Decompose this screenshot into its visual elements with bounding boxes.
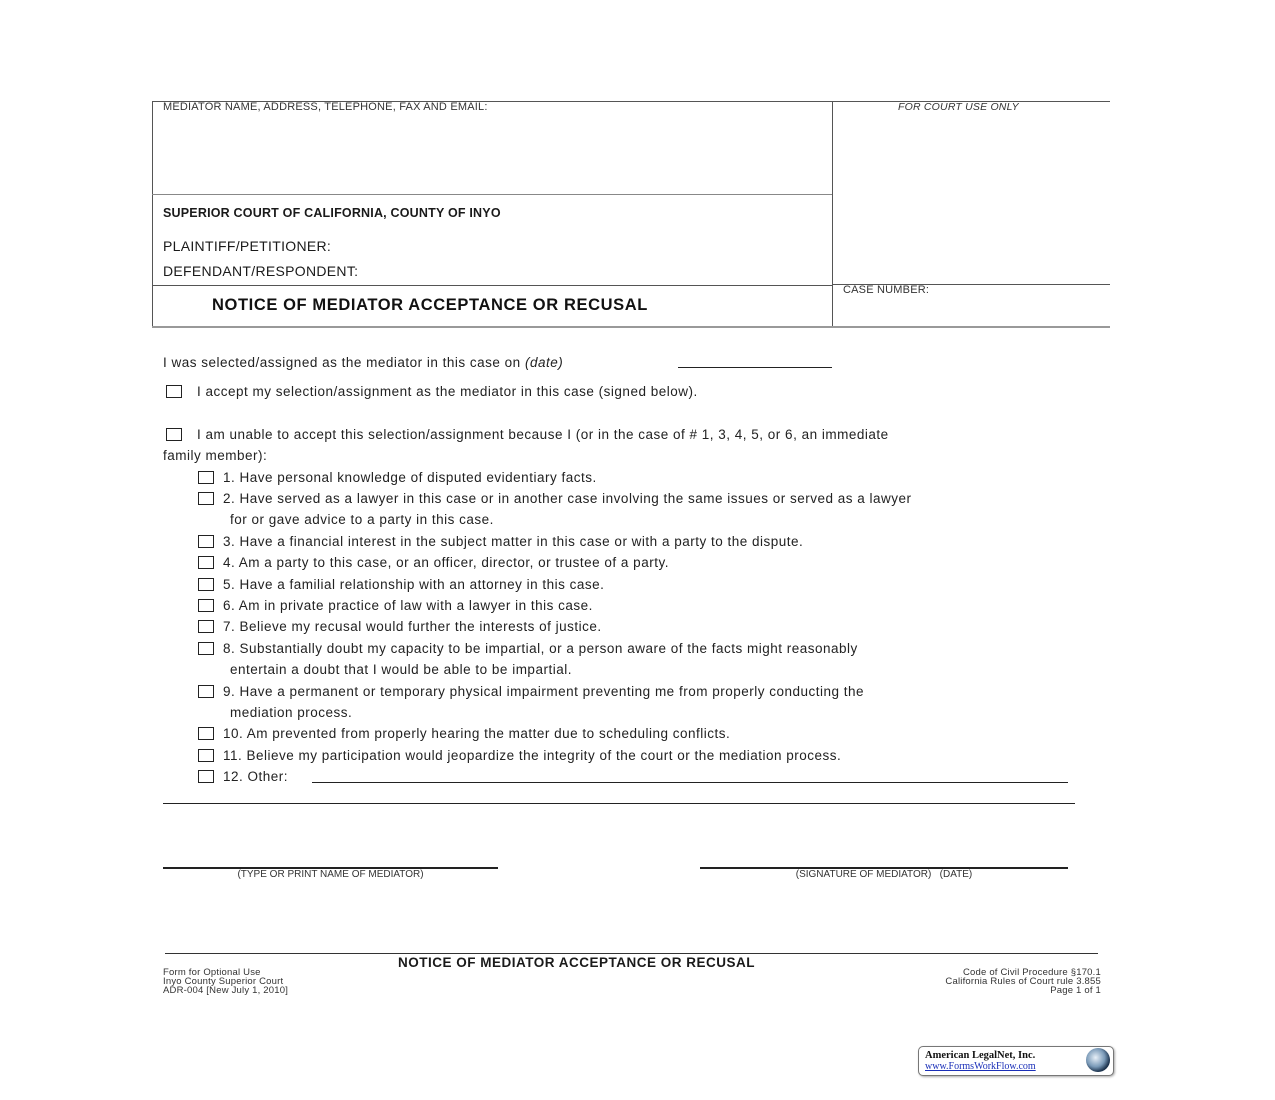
reason-3-checkbox[interactable] (198, 535, 214, 548)
website-link[interactable]: www.FormsWorkFlow.com (925, 1061, 1036, 1072)
unable-checkbox[interactable] (166, 428, 182, 441)
court-name: SUPERIOR COURT OF CALIFORNIA, COUNTY OF … (163, 206, 501, 220)
case-number-label: CASE NUMBER: (843, 284, 929, 296)
mediator-info-field[interactable] (156, 116, 828, 190)
accept-label: I accept my selection/assignment as the … (197, 384, 698, 399)
footer-title: NOTICE OF MEDIATOR ACCEPTANCE OR RECUSAL (398, 955, 755, 970)
date-label: (date) (525, 355, 563, 370)
reason-9-label-continued: mediation process. (230, 705, 352, 720)
divider (152, 101, 153, 327)
divider (152, 326, 1110, 328)
reason-11-checkbox[interactable] (198, 749, 214, 762)
page-number: Page 1 of 1 (945, 986, 1101, 995)
form-title: NOTICE OF MEDIATOR ACCEPTANCE OR RECUSAL (212, 296, 648, 315)
reason-9-checkbox[interactable] (198, 685, 214, 698)
reason-6-checkbox[interactable] (198, 599, 214, 612)
reason-4-checkbox[interactable] (198, 556, 214, 569)
reason-7-checkbox[interactable] (198, 620, 214, 633)
reason-2-label: 2. Have served as a lawyer in this case … (223, 491, 912, 506)
reason-12-label: 12. Other: (223, 769, 288, 784)
reason-3-label: 3. Have a financial interest in the subj… (223, 534, 803, 549)
plaintiff-field[interactable] (390, 236, 826, 254)
mediator-name-label: (TYPE OR PRINT NAME OF MEDIATOR) (163, 869, 498, 880)
selected-statement: I was selected/assigned as the mediator … (163, 355, 563, 370)
divider (832, 101, 833, 327)
company-name: American LegalNet, Inc. (925, 1050, 1035, 1061)
reason-6-label: 6. Am in private practice of law with a … (223, 598, 593, 613)
reason-8-label: 8. Substantially doubt my capacity to be… (223, 641, 858, 656)
american-legalnet-logo: American LegalNet, Inc. www.FormsWorkFlo… (918, 1046, 1114, 1076)
reason-10-checkbox[interactable] (198, 727, 214, 740)
defendant-label: DEFENDANT/RESPONDENT: (163, 263, 358, 279)
reason-1-label: 1. Have personal knowledge of disputed e… (223, 470, 597, 485)
footer-right: Code of Civil Procedure §170.1 Californi… (945, 968, 1101, 995)
reason-10-label: 10. Am prevented from properly hearing t… (223, 726, 730, 741)
other-reason-field[interactable] (312, 782, 1068, 783)
reason-8-checkbox[interactable] (198, 642, 214, 655)
reason-2-checkbox[interactable] (198, 492, 214, 505)
unable-label-line1: I am unable to accept this selection/ass… (197, 427, 889, 442)
other-reason-field-continued[interactable] (163, 803, 1075, 804)
mediator-info-label: MEDIATOR NAME, ADDRESS, TELEPHONE, FAX A… (163, 101, 488, 113)
defendant-field[interactable] (420, 261, 826, 279)
divider (152, 285, 832, 286)
reason-9-label: 9. Have a permanent or temporary physica… (223, 684, 864, 699)
globe-icon (1086, 1048, 1110, 1072)
selection-date-field[interactable] (678, 367, 832, 368)
accept-checkbox[interactable] (166, 385, 182, 398)
reason-5-label: 5. Have a familial relationship with an … (223, 577, 604, 592)
case-number-field[interactable] (840, 299, 1106, 323)
reason-4-label: 4. Am a party to this case, or an office… (223, 555, 669, 570)
signature-label: (SIGNATURE OF MEDIATOR) (DATE) (700, 869, 1068, 880)
plaintiff-label: PLAINTIFF/PETITIONER: (163, 238, 331, 254)
footer-left: Form for Optional Use Inyo County Superi… (163, 968, 288, 995)
form-number: ADR-004 [New July 1, 2010] (163, 986, 288, 995)
reason-2-label-continued: for or gave advice to a party in this ca… (230, 512, 494, 527)
divider (152, 194, 832, 195)
reason-5-checkbox[interactable] (198, 578, 214, 591)
reason-7-label: 7. Believe my recusal would further the … (223, 619, 602, 634)
reason-12-checkbox[interactable] (198, 770, 214, 783)
footer-divider (165, 953, 1098, 954)
reason-1-checkbox[interactable] (198, 471, 214, 484)
reason-11-label: 11. Believe my participation would jeopa… (223, 748, 841, 763)
court-use-label: FOR COURT USE ONLY (898, 101, 1019, 113)
unable-label-line2: family member): (163, 448, 267, 463)
reason-8-label-continued: entertain a doubt that I would be able t… (230, 662, 572, 677)
